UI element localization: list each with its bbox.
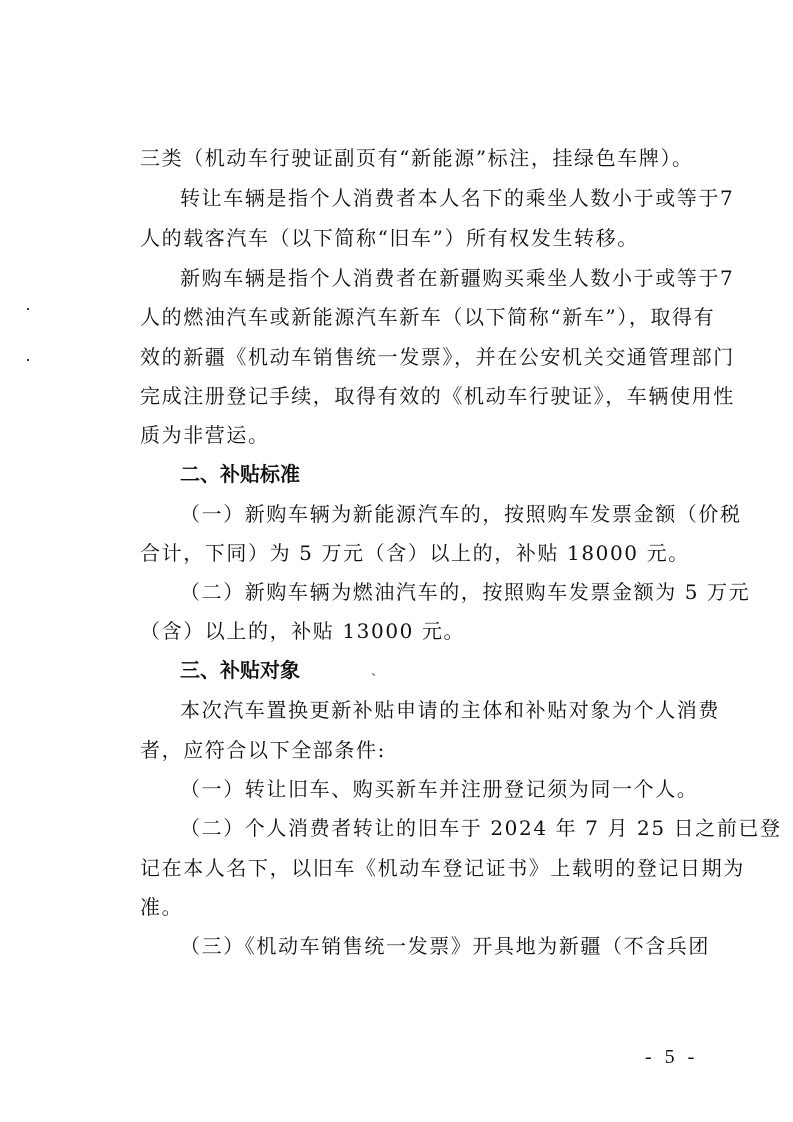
paragraph-line: 效的新疆《机动车销售统一发票》，并在公安机关交通管理部门 (140, 345, 710, 369)
paragraph-line: 质为非营运。 (140, 423, 710, 447)
paragraph-line: 新购车辆是指个人消费者在新疆购买乘坐人数小于或等于7 (180, 266, 710, 290)
paragraph-line: 者，应符合以下全部条件: (140, 738, 710, 762)
section-heading-subsidy-standard: 二、补贴标准 (180, 462, 750, 486)
paragraph-line: 记在本人名下，以旧车《机动车登记证书》上载明的登记日期为 (140, 856, 710, 880)
scan-mark (27, 308, 29, 310)
paragraph-line: 完成注册登记手续，取得有效的《机动车行驶证》，车辆使用性 (140, 384, 710, 408)
paragraph-line: （二）个人消费者转让的旧车于 2024 年 7 月 25 日之前已登 (180, 816, 710, 840)
paragraph-line: 转让车辆是指个人消费者本人名下的乘坐人数小于或等于7 (180, 186, 710, 210)
paragraph-line: （三）《机动车销售统一发票》开具地为新疆（不含兵团 (180, 934, 710, 958)
paragraph-line: 准。 (140, 895, 710, 919)
paragraph-line: （含）以上的，补贴 13000 元。 (140, 619, 710, 643)
scan-mark (27, 359, 29, 361)
paragraph-line: （一）转让旧车、购买新车并注册登记须为同一个人。 (180, 777, 710, 801)
section-heading-subsidy-target: 三、补贴对象 (180, 658, 750, 682)
paragraph-line: 本次汽车置换更新补贴申请的主体和补贴对象为个人消费 (180, 698, 710, 722)
paragraph-line: 人的载客汽车（以下简称“旧车”）所有权发生转移。 (140, 226, 710, 250)
page-number: - 5 - (645, 1046, 698, 1069)
paragraph-line: （一）新购车辆为新能源汽车的，按照购车发票金额（价税 (180, 502, 710, 526)
document-page: 三类（机动车行驶证副页有“新能源”标注，挂绿色车牌）。 转让车辆是指个人消费者本… (0, 0, 793, 1122)
paragraph-line: 合计，下同）为 5 万元（含）以上的，补贴 18000 元。 (140, 541, 710, 565)
paragraph-line: 人的燃油汽车或新能源汽车新车（以下简称“新车”），取得有 (140, 305, 710, 329)
paragraph-line: 三类（机动车行驶证副页有“新能源”标注，挂绿色车牌）。 (140, 146, 710, 170)
paragraph-line: （二）新购车辆为燃油汽车的，按照购车发票金额为 5 万元 (180, 580, 710, 604)
